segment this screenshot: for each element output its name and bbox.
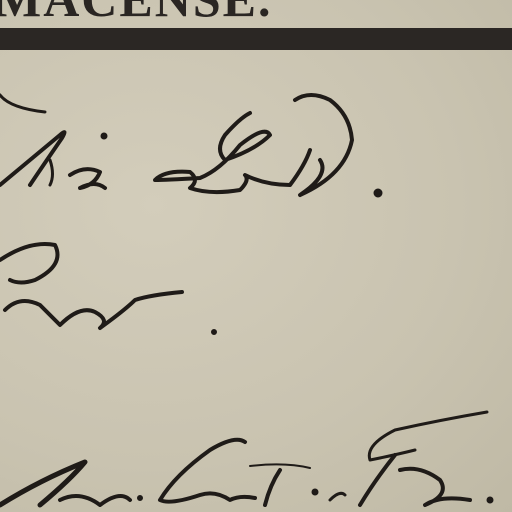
handwriting-strokes (0, 0, 512, 512)
